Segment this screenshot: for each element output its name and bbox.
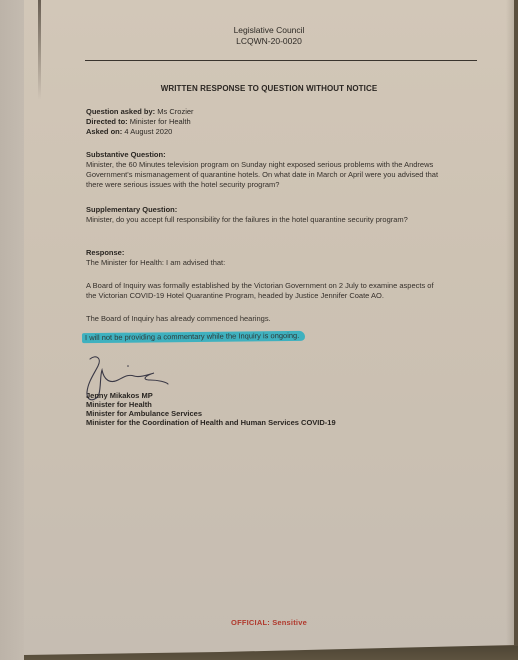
asked-on-value: 4 August 2020: [124, 127, 172, 136]
response-paragraph-2: The Board of Inquiry has already commenc…: [86, 314, 446, 324]
signatory-block: Jenny Mikakos MP Minister for Health Min…: [86, 391, 336, 427]
response-label: Response:: [86, 248, 446, 258]
document-title: WRITTEN RESPONSE TO QUESTION WITHOUT NOT…: [24, 84, 514, 93]
supplementary-question-label: Supplementary Question:: [86, 205, 446, 215]
signatory-title: Minister for Ambulance Services: [86, 409, 336, 418]
document-page: Legislative Council LCQWN-20-0020 WRITTE…: [24, 0, 514, 656]
signatory-name: Jenny Mikakos MP: [86, 391, 336, 400]
house-name: Legislative Council: [24, 25, 514, 36]
underlying-page: [0, 0, 24, 660]
question-metadata: Question asked by: Ms Crozier Directed t…: [86, 107, 194, 137]
asked-on-label: Asked on:: [86, 127, 122, 136]
signatory-title: Minister for the Coordination of Health …: [86, 418, 336, 427]
supplementary-question: Supplementary Question: Minister, do you…: [86, 205, 446, 225]
page-edge: [506, 0, 514, 656]
response-intro: The Minister for Health: I am advised th…: [86, 258, 225, 267]
substantive-question-label: Substantive Question:: [86, 150, 446, 160]
asked-by-label: Question asked by:: [86, 107, 155, 116]
security-classification: OFFICIAL: Sensitive: [24, 618, 514, 627]
header-divider: [85, 60, 477, 61]
response-section: Response: The Minister for Health: I am …: [86, 248, 446, 268]
asked-by-row: Question asked by: Ms Crozier: [86, 107, 194, 117]
document-header: Legislative Council LCQWN-20-0020: [24, 25, 514, 47]
asked-on-row: Asked on: 4 August 2020: [86, 127, 194, 137]
signatory-title: Minister for Health: [86, 400, 336, 409]
supplementary-question-text: Minister, do you accept full responsibil…: [86, 215, 408, 224]
substantive-question-text: Minister, the 60 Minutes television prog…: [86, 160, 438, 189]
highlighted-statement: I will not be providing a commentary whi…: [82, 331, 305, 343]
directed-to-label: Directed to:: [86, 117, 128, 126]
directed-to-row: Directed to: Minister for Health: [86, 117, 194, 127]
asked-by-value: Ms Crozier: [157, 107, 193, 116]
substantive-question: Substantive Question: Minister, the 60 M…: [86, 150, 446, 190]
directed-to-value: Minister for Health: [130, 117, 191, 126]
reference-number: LCQWN-20-0020: [24, 36, 514, 47]
response-paragraph-1: A Board of Inquiry was formally establis…: [86, 281, 436, 301]
